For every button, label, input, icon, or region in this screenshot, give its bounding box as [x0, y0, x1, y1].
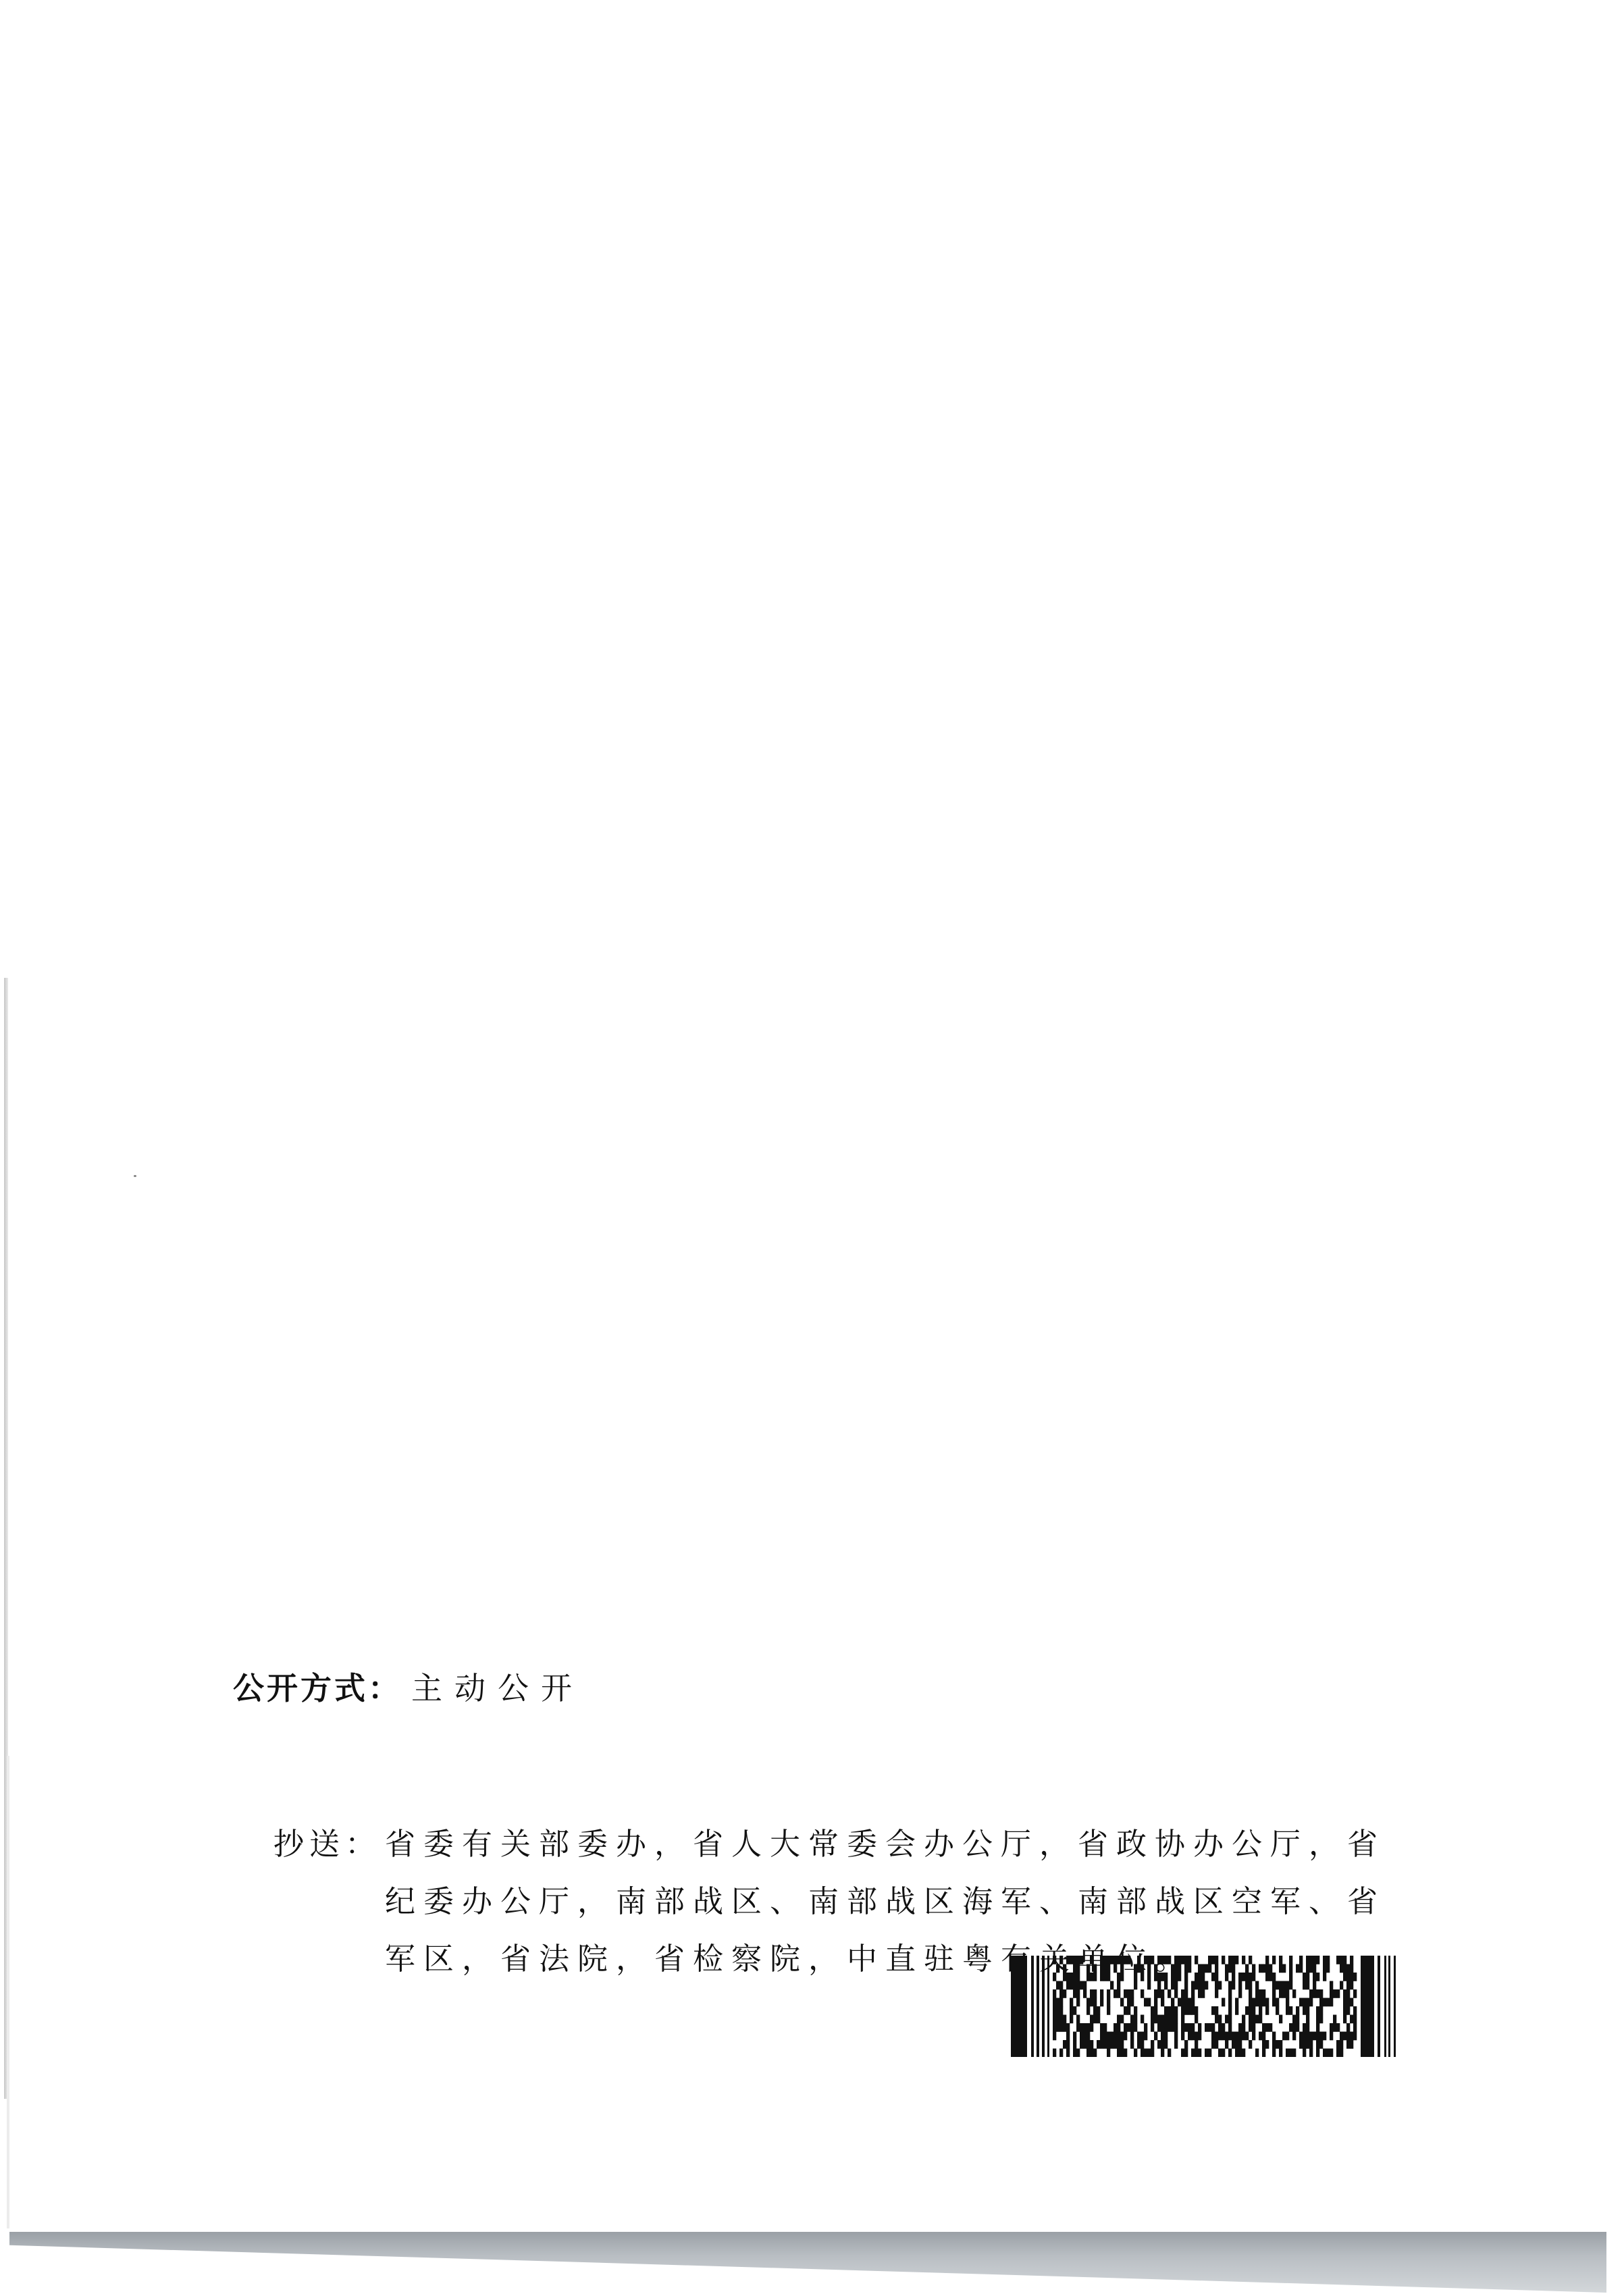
cc-label: 抄送：	[273, 1815, 381, 1873]
scan-edge-shadow-lower	[7, 1756, 9, 2228]
scan-speck	[134, 1175, 136, 1177]
scan-bottom-shadow	[9, 2232, 1606, 2293]
disclosure-label: 公开方式：	[233, 1670, 402, 1706]
pdf417-barcode-icon	[1011, 1956, 1397, 2057]
cc-line: 纪委办公厅，南部战区、南部战区海军、南部战区空军、省	[385, 1873, 1418, 1930]
cc-line: 省委有关部委办，省人大常委会办公厅，省政协办公厅，省	[385, 1815, 1418, 1873]
disclosure-value: 主动公开	[411, 1670, 584, 1706]
disclosure-method: 公开方式：主动公开	[233, 1668, 584, 1708]
document-page: 公开方式：主动公开 抄送： 省委有关部委办，省人大常委会办公厅，省政协办公厅，省…	[0, 0, 1624, 2296]
